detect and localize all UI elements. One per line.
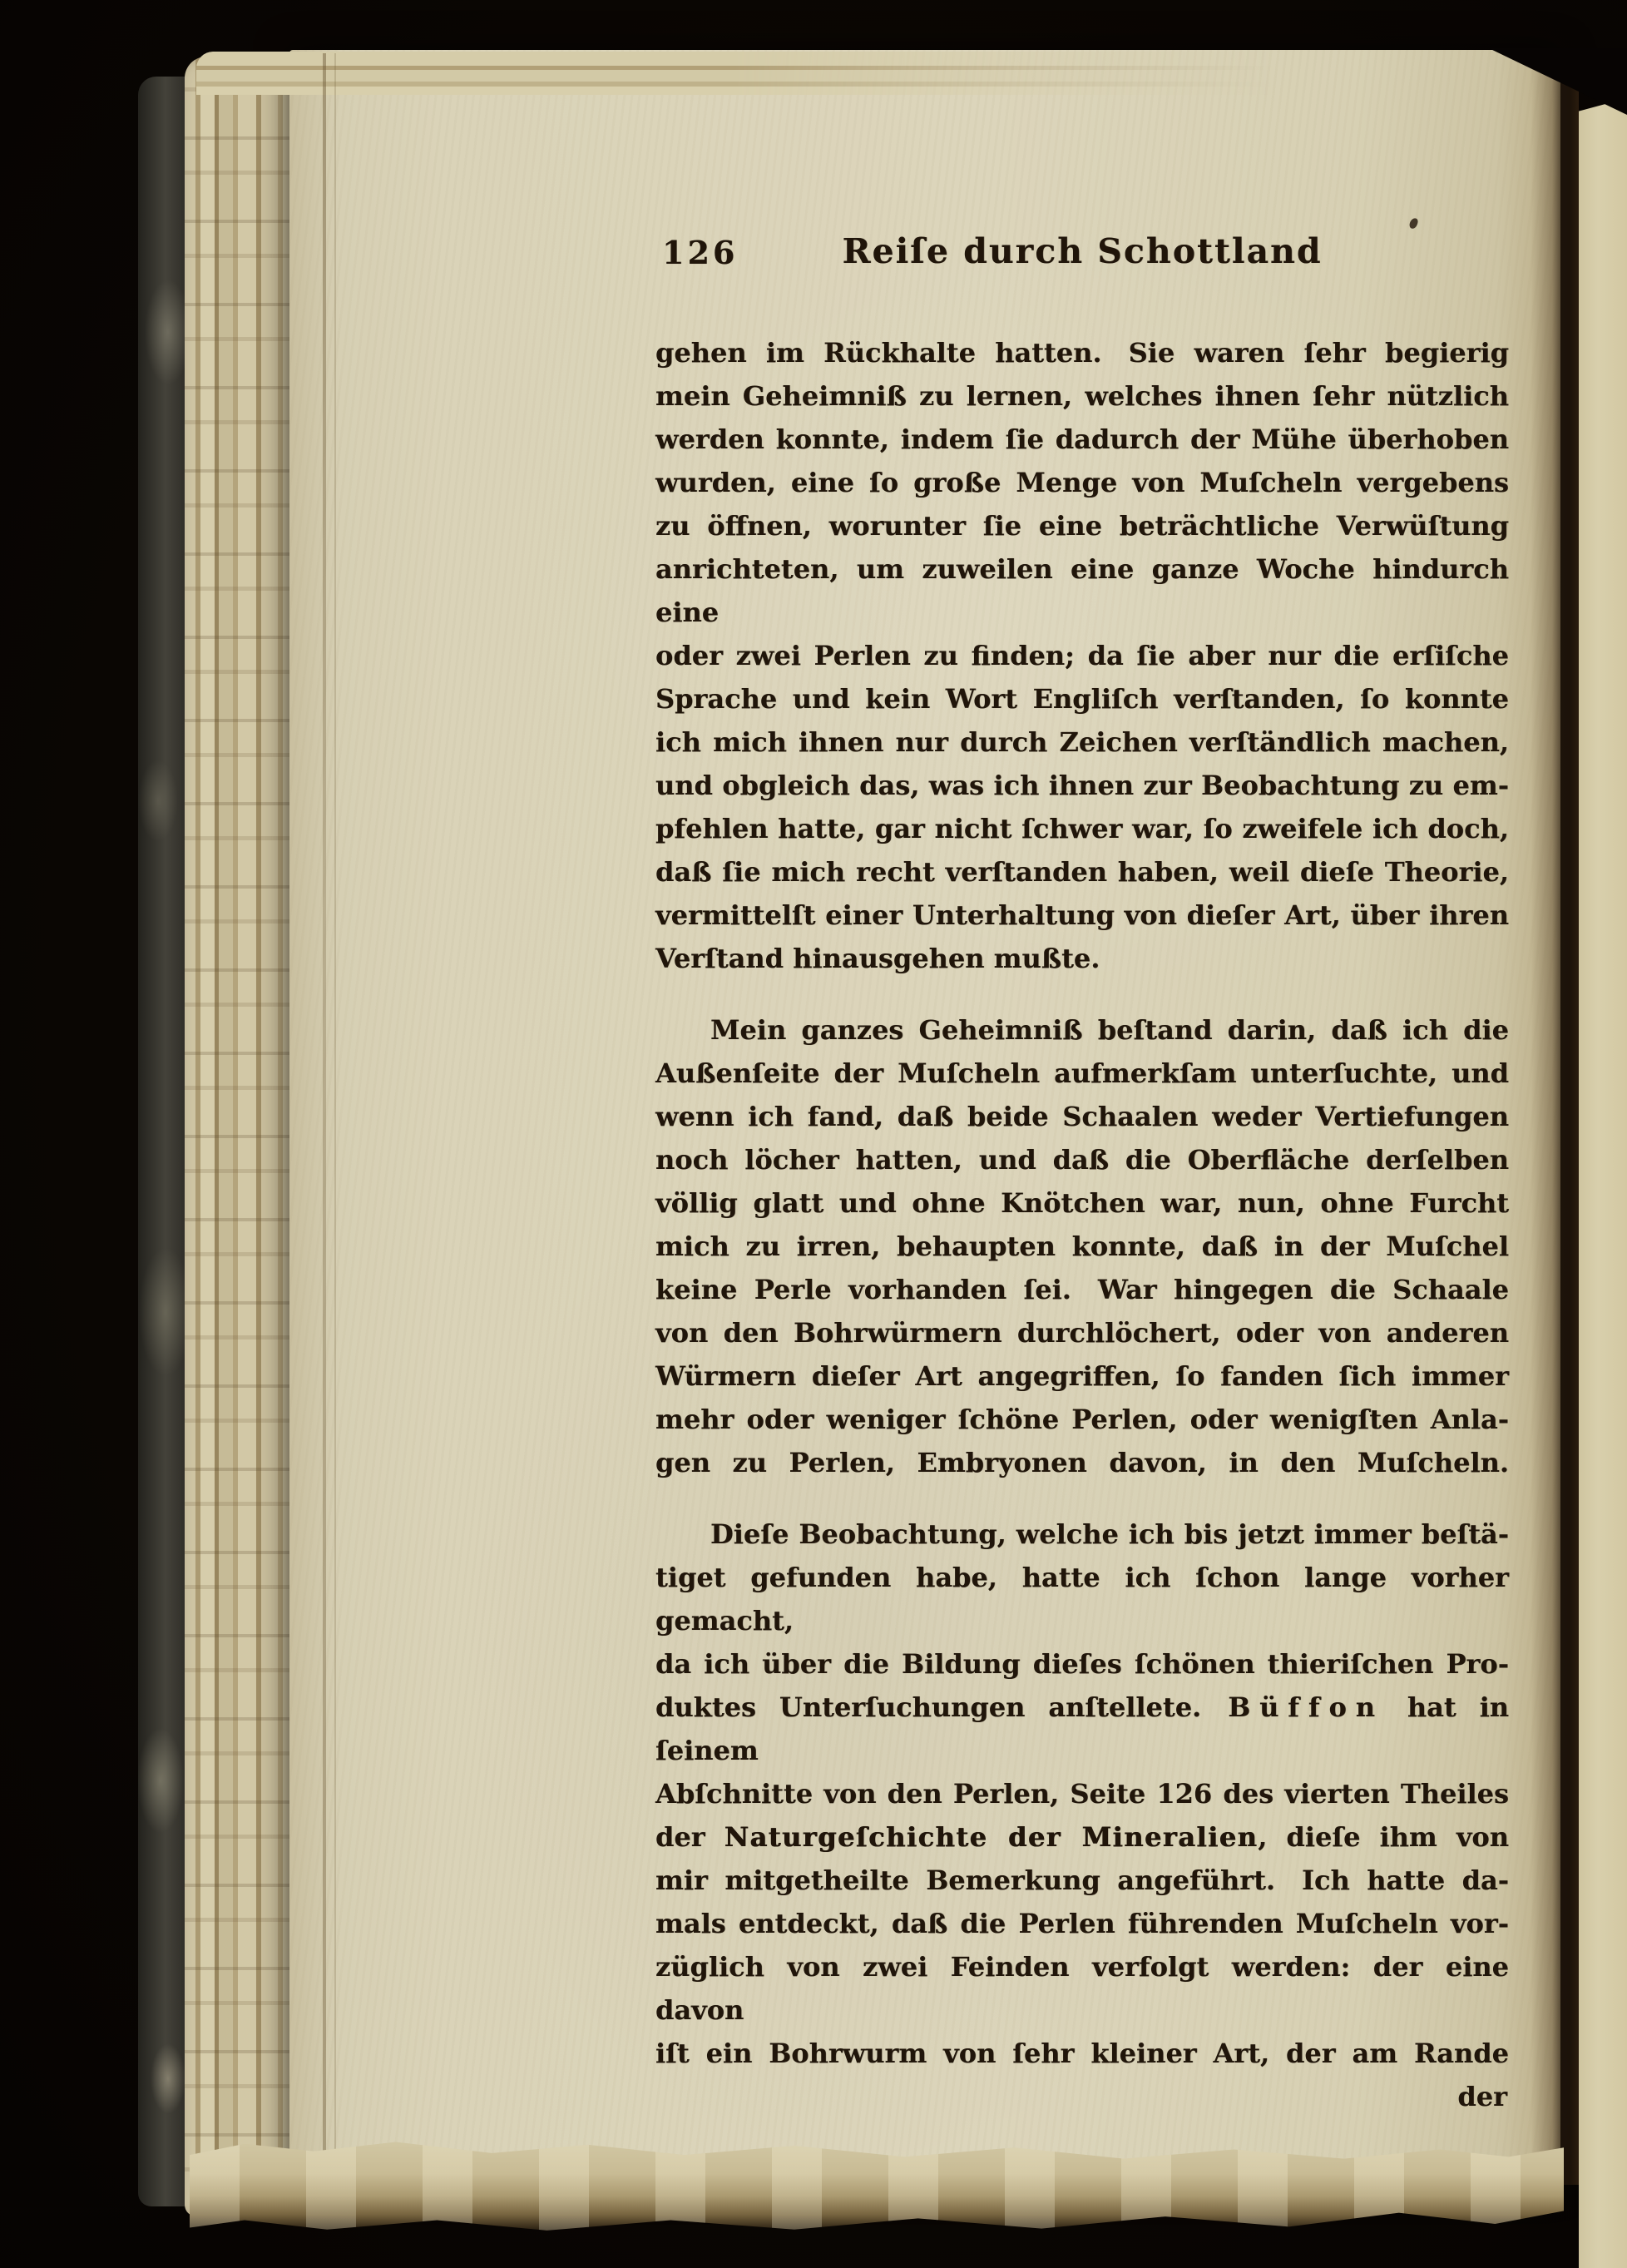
- text-line: Dieſe Beobachtung, welche ich bis jetzt …: [655, 1513, 1509, 1556]
- text-segment: noch löcher hatten, und daß die Oberfläc…: [655, 1144, 1509, 1176]
- text-line: mich zu irren, behaupten konnte, daß in …: [655, 1225, 1509, 1268]
- text-segment: wurden, eine ſo große Menge von Muſcheln…: [655, 467, 1509, 498]
- text-segment: wenn ich fand, daß beide Schaalen weder …: [655, 1101, 1509, 1132]
- text-segment: Mein ganzes Geheimniß beſtand darin, daß…: [710, 1014, 1509, 1046]
- text-segment: gehen im Rückhalte hatten. Sie waren ſeh…: [655, 337, 1509, 369]
- text-segment: , dieſe ihm von: [1258, 1821, 1509, 1853]
- text-line: werden konnte, indem ſie dadurch der Müh…: [655, 418, 1509, 461]
- text-line: wurden, eine ſo große Menge von Muſcheln…: [655, 461, 1509, 504]
- page-body: gehen im Rückhalte hatten. Sie waren ſeh…: [655, 331, 1509, 2075]
- running-title: Reiſe durch Schottland: [655, 231, 1509, 271]
- text-segment: mals entdeckt, daß die Perlen führenden …: [655, 1908, 1509, 1939]
- paragraph: gehen im Rückhalte hatten. Sie waren ſeh…: [655, 331, 1509, 980]
- book-cover-edge: [138, 77, 188, 2206]
- text-segment: ich mich ihnen nur durch Zeichen verſtän…: [655, 726, 1509, 758]
- text-segment: tiget gefunden habe, hatte ich ſchon lan…: [655, 1562, 1509, 1637]
- text-line: mehr oder weniger ſchöne Perlen, oder we…: [655, 1398, 1509, 1441]
- text-line: völlig glatt und ohne Knötchen war, nun,…: [655, 1181, 1509, 1225]
- text-line: ich mich ihnen nur durch Zeichen verſtän…: [655, 721, 1509, 764]
- text-line: von den Bohrwürmern durchlöchert, oder v…: [655, 1311, 1509, 1354]
- text-segment: mich zu irren, behaupten konnte, daß in …: [655, 1231, 1509, 1262]
- text-line: Würmern dieſer Art angegriffen, ſo fande…: [655, 1354, 1509, 1398]
- text-line: duktes Unterſuchungen anſtellete. Büffon…: [655, 1686, 1509, 1772]
- book-photo: 126 Reiſe durch Schottland gehen im Rück…: [0, 0, 1627, 2268]
- text-segment: Sprache und kein Wort Engliſch verſtande…: [655, 683, 1509, 715]
- text-segment: völlig glatt und ohne Knötchen war, nun,…: [655, 1187, 1509, 1219]
- text-line: tiget gefunden habe, hatte ich ſchon lan…: [655, 1556, 1509, 1642]
- text-line: gehen im Rückhalte hatten. Sie waren ſeh…: [655, 331, 1509, 374]
- page-top-edge: [196, 52, 1544, 95]
- text-segment: keine Perle vorhanden ſei. War hingegen …: [655, 1274, 1509, 1305]
- text-segment: mein Geheimniß zu lernen, welches ihnen …: [655, 380, 1509, 412]
- text-segment: daß ſie mich recht verſtanden haben, wei…: [655, 856, 1509, 888]
- page-crease: [323, 53, 326, 2180]
- text-segment: zu öffnen, worunter ſie eine beträchtlic…: [655, 510, 1509, 542]
- text-line: vermittelſt einer Unterhaltung von dieſe…: [655, 894, 1509, 937]
- text-segment: züglich von zwei Feinden verfolgt werden…: [655, 1951, 1509, 2026]
- text-segment: pfehlen hatte, gar nicht ſchwer war, ſo …: [655, 813, 1509, 844]
- text-line: mir mitgetheilte Bemerkung angeführt. Ic…: [655, 1859, 1509, 1902]
- text-segment: der: [655, 1821, 724, 1853]
- text-line: Mein ganzes Geheimniß beſtand darin, daß…: [655, 1008, 1509, 1052]
- page-fore-edges: [185, 57, 294, 2216]
- paragraph: Mein ganzes Geheimniß beſtand darin, daß…: [655, 1008, 1509, 1484]
- text-segment: von den Bohrwürmern durchlöchert, oder v…: [655, 1317, 1509, 1349]
- text-line: gen zu Perlen, Embryonen davon, in den M…: [655, 1441, 1509, 1484]
- text-line: daß ſie mich recht verſtanden haben, wei…: [655, 850, 1509, 894]
- text-line: züglich von zwei Feinden verfolgt werden…: [655, 1945, 1509, 2032]
- text-segment: mir mitgetheilte Bemerkung angeführt. Ic…: [655, 1864, 1509, 1896]
- text-segment: oder zwei Perlen zu finden; da ſie aber …: [655, 640, 1509, 671]
- text-segment: da ich über die Bildung dieſes ſchönen t…: [655, 1648, 1509, 1680]
- text-line: da ich über die Bildung dieſes ſchönen t…: [655, 1642, 1509, 1686]
- text-line: Sprache und kein Wort Engliſch verſtande…: [655, 677, 1509, 721]
- text-line: Verſtand hinausgehen mußte.: [655, 937, 1509, 980]
- text-line: iſt ein Bohrwurm von ſehr kleiner Art, d…: [655, 2032, 1509, 2075]
- text-line: pfehlen hatte, gar nicht ſchwer war, ſo …: [655, 807, 1509, 850]
- paragraph: Dieſe Beobachtung, welche ich bis jetzt …: [655, 1513, 1509, 2075]
- text-segment: Würmern dieſer Art angegriffen, ſo fande…: [655, 1360, 1509, 1392]
- text-line: wenn ich fand, daß beide Schaalen weder …: [655, 1095, 1509, 1138]
- text-segment: Verſtand hinausgehen mußte.: [655, 943, 1100, 974]
- text-segment: duktes Unterſuchungen anſtellete.: [655, 1691, 1228, 1723]
- text-line: Abſchnitte von den Perlen, Seite 126 des…: [655, 1772, 1509, 1815]
- text-line: mein Geheimniß zu lernen, welches ihnen …: [655, 374, 1509, 418]
- text-segment: werden konnte, indem ſie dadurch der Müh…: [655, 423, 1509, 455]
- text-line: zu öffnen, worunter ſie eine beträchtlic…: [655, 504, 1509, 547]
- catchword: der: [655, 2075, 1509, 2118]
- text-line: Außenſeite der Muſcheln aufmerkſam unter…: [655, 1052, 1509, 1095]
- page-header: 126 Reiſe durch Schottland: [655, 231, 1509, 273]
- text-segment: Dieſe Beobachtung, welche ich bis jetzt …: [710, 1518, 1509, 1550]
- gutter-shadow: [1531, 50, 1579, 2185]
- emphasis-schwabacher: Naturgeſchichte der Mineralien: [724, 1821, 1259, 1853]
- text-segment: vermittelſt einer Unterhaltung von dieſe…: [655, 899, 1509, 931]
- text-segment: gen zu Perlen, Embryonen davon, in den M…: [655, 1447, 1509, 1478]
- text-segment: Abſchnitte von den Perlen, Seite 126 des…: [655, 1778, 1509, 1810]
- emphasis-spaced: Büffon: [1228, 1691, 1384, 1723]
- text-line: der Naturgeſchichte der Mineralien, dieſ…: [655, 1815, 1509, 1859]
- text-segment: Außenſeite der Muſcheln aufmerkſam unter…: [655, 1057, 1509, 1089]
- text-line: keine Perle vorhanden ſei. War hingegen …: [655, 1268, 1509, 1311]
- next-page-edge: [1579, 98, 1627, 2268]
- text-line: noch löcher hatten, und daß die Oberfläc…: [655, 1138, 1509, 1181]
- text-line: und obgleich das, was ich ihnen zur Beob…: [655, 764, 1509, 807]
- text-line: mals entdeckt, daß die Perlen führenden …: [655, 1902, 1509, 1945]
- text-segment: mehr oder weniger ſchöne Perlen, oder we…: [655, 1404, 1509, 1435]
- text-block: 126 Reiſe durch Schottland gehen im Rück…: [655, 231, 1509, 2118]
- page-crease-faint: [334, 53, 336, 2180]
- text-segment: und obgleich das, was ich ihnen zur Beob…: [655, 770, 1509, 801]
- text-line: anrichteten, um zuweilen eine ganze Woch…: [655, 547, 1509, 634]
- text-line: oder zwei Perlen zu finden; da ſie aber …: [655, 634, 1509, 677]
- text-segment: anrichteten, um zuweilen eine ganze Woch…: [655, 553, 1509, 628]
- text-segment: iſt ein Bohrwurm von ſehr kleiner Art, d…: [655, 2038, 1509, 2069]
- page-number: 126: [662, 235, 738, 271]
